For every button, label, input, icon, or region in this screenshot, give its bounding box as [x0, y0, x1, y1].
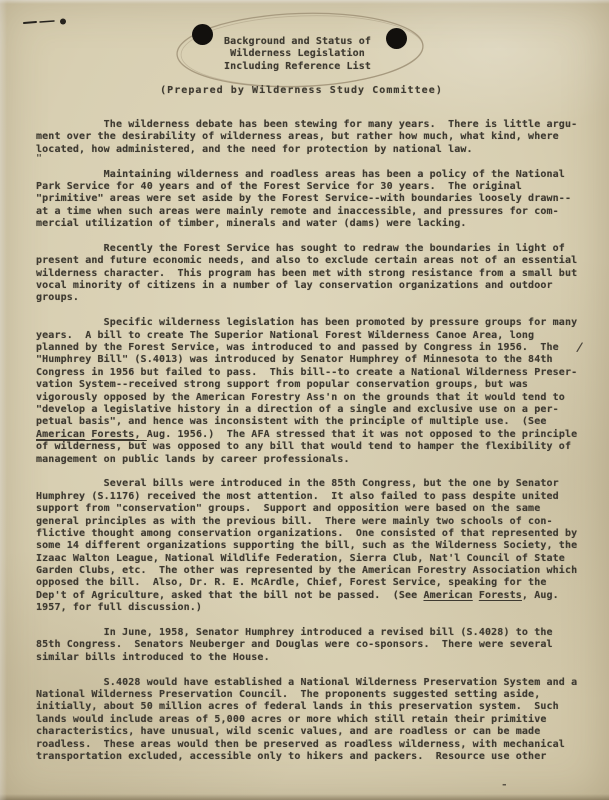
- text-line: In June, 1958, Senator Humphrey introduc…: [36, 627, 577, 639]
- text-line: Several bills were introduced in the 85t…: [36, 478, 577, 490]
- bottom-speck-mark: -: [501, 778, 508, 791]
- paragraph: The wilderness debate has been stewing f…: [36, 119, 577, 156]
- text-line: vocal minority of citizens in a number o…: [36, 280, 577, 292]
- text-line: lands would include areas of 5,000 acres…: [36, 714, 577, 726]
- text-line: flictive thought among conservation orga…: [36, 528, 577, 540]
- text-line: 85th Congress. Senators Neuberger and Do…: [36, 639, 577, 651]
- prepared-by-line: (Prepared by Wilderness Study Committee): [0, 85, 603, 97]
- left-margin-ditto-mark: ": [36, 153, 42, 164]
- paragraph: S.4028 would have established a National…: [36, 677, 577, 764]
- paragraph: Recently the Forest Service has sought t…: [36, 243, 577, 305]
- text-line: 1957, for full discussion.): [36, 602, 577, 614]
- text-line: Humphrey (S.1176) received the most atte…: [36, 491, 577, 503]
- text-line: American Forests, Aug. 1956.) The AFA st…: [36, 429, 577, 441]
- text-line: Garden Clubs, etc. The other was represe…: [36, 565, 577, 577]
- text-line: Park Service for 40 years and of the For…: [36, 181, 577, 193]
- document-body: The wilderness debate has been stewing f…: [36, 119, 577, 763]
- text-line: Izaac Walton League, National Wildlife F…: [36, 553, 577, 565]
- text-line: years. A bill to create The Superior Nat…: [36, 330, 577, 342]
- document-page: Background and Status of Wilderness Legi…: [0, 0, 609, 800]
- title-block: Background and Status of Wilderness Legi…: [0, 36, 595, 73]
- paragraph: In June, 1958, Senator Humphrey introduc…: [36, 627, 577, 664]
- text-line: located, how administered, and the need …: [36, 144, 577, 156]
- text-line: at a time when such areas were mainly re…: [36, 206, 577, 218]
- text-line: roadless. These areas would then be pres…: [36, 739, 577, 751]
- text-line: "develop a legislative history in a dire…: [36, 404, 577, 416]
- text-line: similar bills introduced to the House.: [36, 652, 577, 664]
- text-line: petual basis", and hence was inconsisten…: [36, 416, 577, 428]
- text-line: Specific wilderness legislation has been…: [36, 317, 577, 329]
- text-line: some 14 different organizations supporti…: [36, 540, 577, 552]
- text-line: planned by the Forest Service, was intro…: [36, 342, 577, 354]
- text-line: wilderness character. This program has b…: [36, 268, 577, 280]
- paragraph: Specific wilderness legislation has been…: [36, 317, 577, 466]
- text-line: characteristics, have unusual, wild scen…: [36, 726, 577, 738]
- text-line: transportation excluded, accessible only…: [36, 751, 577, 763]
- text-line: management on public lands by career pro…: [36, 454, 577, 466]
- right-margin-tick-mark: /: [575, 341, 583, 354]
- text-line: general principles as with the previous …: [36, 516, 577, 528]
- text-line: Recently the Forest Service has sought t…: [36, 243, 577, 255]
- text-line: Congress in 1956 but failed to pass. Thi…: [36, 367, 577, 379]
- text-line: Maintaining wilderness and roadless area…: [36, 169, 577, 181]
- text-line: of wilderness, but was opposed to any bi…: [36, 441, 577, 453]
- text-line: support from "conservation" groups. Supp…: [36, 503, 577, 515]
- text-line: vation System--received strong support f…: [36, 379, 577, 391]
- pen-mark-icon: [22, 16, 70, 28]
- text-line: The wilderness debate has been stewing f…: [36, 119, 577, 131]
- paragraph: Several bills were introduced in the 85t…: [36, 478, 577, 614]
- text-line: present and future economic needs, and a…: [36, 255, 577, 267]
- text-line: vigorously opposed by the American Fores…: [36, 392, 577, 404]
- text-line: mercial utilization of timber, minerals …: [36, 218, 577, 230]
- text-line: groups.: [36, 292, 577, 304]
- text-line: ment over the desirability of wilderness…: [36, 131, 577, 143]
- text-line: initially, about 50 million acres of fed…: [36, 701, 577, 713]
- text-line: National Wilderness Preservation Council…: [36, 689, 577, 701]
- text-line: Dep't of Agriculture, asked that the bil…: [36, 590, 577, 602]
- paragraph: Maintaining wilderness and roadless area…: [36, 169, 577, 231]
- text-line: opposed the bill. Also, Dr. R. E. McArdl…: [36, 577, 577, 589]
- text-line: "primitive" areas were set aside by the …: [36, 193, 577, 205]
- text-line: S.4028 would have established a National…: [36, 677, 577, 689]
- title-line-1: Background and Status of: [0, 36, 595, 48]
- title-line-2: Wilderness Legislation: [0, 48, 595, 60]
- title-line-3: Including Reference List: [0, 61, 595, 73]
- text-line: "Humphrey Bill" (S.4013) was introduced …: [36, 354, 577, 366]
